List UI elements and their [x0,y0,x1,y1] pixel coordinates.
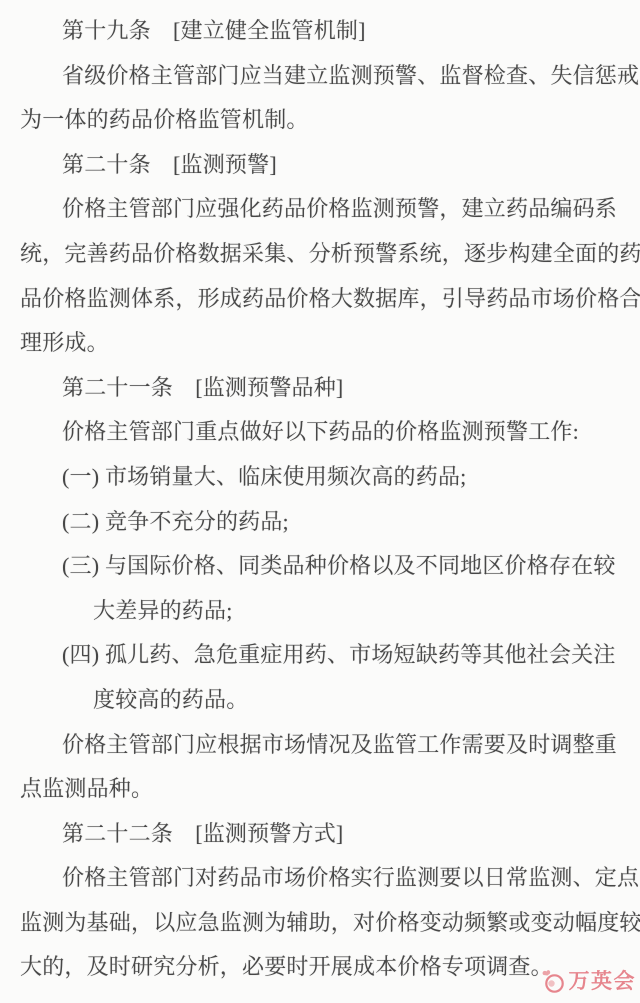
text-line-body: 品价格监测体系，形成药品价格大数据库，引导药品市场价格合 [0,277,640,322]
text-line-list-item: (四) 孤儿药、急危重症用药、市场短缺药等其他社会关注 [0,633,640,678]
watermark-text: 万英会 [569,968,637,995]
text-line-body: 价格主管部门应强化药品价格监测预警，建立药品编码系 [0,187,640,232]
text-line-list-item: (三) 与国际价格、同类品种价格以及不同地区价格存在较 [0,544,640,589]
text-line-list-item: (二) 竞争不充分的药品; [0,500,640,545]
text-line-body: 统，完善药品价格数据采集、分析预警系统，逐步构建全面的药 [0,232,640,277]
wanyinghui-logo-icon [539,968,566,995]
text-line-body: 理形成。 [0,321,640,366]
text-line-body: 点监测品种。 [0,767,640,812]
text-line-body: 省级价格主管部门应当建立监测预警、监督检查、失信惩戒 [0,54,640,99]
text-line-body: 价格主管部门应根据市场情况及监管工作需要及时调整重 [0,723,640,768]
document-lines: 第十九条 [建立健全监管机制]省级价格主管部门应当建立监测预警、监督检查、失信惩… [0,9,640,990]
text-line-article-heading: 第十九条 [建立健全监管机制] [0,9,640,54]
text-line-body: 监测为基础，以应急监测为辅助，对价格变动频繁或变动幅度较 [0,901,640,946]
text-line-body: 价格主管部门重点做好以下药品的价格监测预警工作: [0,410,640,455]
text-line-article-heading: 第二十条 [监测预警] [0,143,640,188]
document-page: 第十九条 [建立健全监管机制]省级价格主管部门应当建立监测预警、监督检查、失信惩… [0,0,640,1003]
text-line-article-heading: 第二十一条 [监测预警品种] [0,366,640,411]
text-line-list-item-continuation: 度较高的药品。 [0,678,640,723]
text-line-body: 价格主管部门对药品市场价格实行监测要以日常监测、定点 [0,856,640,901]
text-line-article-heading: 第二十二条 [监测预警方式] [0,812,640,857]
text-line-body: 为一体的药品价格监管机制。 [0,98,640,143]
text-line-list-item: (一) 市场销量大、临床使用频次高的药品; [0,455,640,500]
watermark-badge: 万英会 [539,968,637,995]
scanned-document-background: { "page": { "background": "#fbfbfa", "te… [0,0,640,1003]
text-line-list-item-continuation: 大差异的药品; [0,589,640,634]
